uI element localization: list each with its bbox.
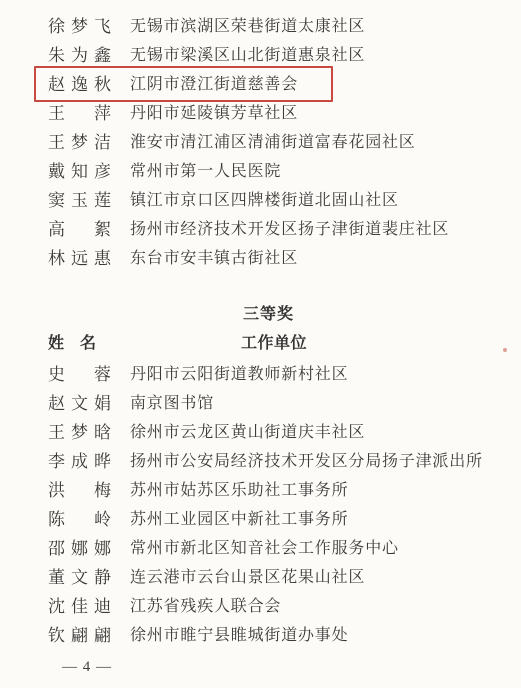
table-row: 钦翩翩徐州市睢宁县睢城街道办事处 <box>0 619 521 648</box>
table-row: 赵逸秋江阴市澄江街道慈善会 <box>0 68 521 97</box>
awardee-name: 窦玉莲 <box>48 186 130 211</box>
work-unit: 徐州市睢宁县睢城街道办事处 <box>130 622 348 645</box>
work-unit: 扬州市公安局经济技术开发区分局扬子津派出所 <box>130 448 483 471</box>
table-row: 董文静连云港市云台山景区花果山社区 <box>0 561 521 590</box>
awardee-name: 王梦洁 <box>48 128 130 153</box>
awardee-name: 钦翩翩 <box>48 621 130 646</box>
awardee-name: 徐梦飞 <box>48 12 130 37</box>
work-unit: 丹阳市云阳街道教师新村社区 <box>130 361 348 384</box>
table-row: 沈佳迪江苏省残疾人联合会 <box>0 590 521 619</box>
work-unit: 江苏省残疾人联合会 <box>130 593 281 616</box>
table-row: 高 絮扬州市经济技术开发区扬子津街道裴庄社区 <box>0 213 521 242</box>
work-unit: 扬州市经济技术开发区扬子津街道裴庄社区 <box>130 216 449 239</box>
awardee-name: 洪 梅 <box>48 476 130 501</box>
work-unit: 徐州市云龙区黄山街道庆丰社区 <box>130 419 365 442</box>
table-row: 窦玉莲镇江市京口区四牌楼街道北固山社区 <box>0 184 521 213</box>
awardee-name: 史 蓉 <box>48 360 130 385</box>
awardee-name: 林远惠 <box>48 244 130 269</box>
work-unit: 淮安市清江浦区清浦街道富春花园社区 <box>130 129 416 152</box>
table-row: 王梦晗徐州市云龙区黄山街道庆丰社区 <box>0 416 521 445</box>
awardee-name: 朱为鑫 <box>48 41 130 66</box>
table-row: 徐梦飞无锡市滨湖区荣巷街道太康社区 <box>0 10 521 39</box>
awardee-name: 董文静 <box>48 563 130 588</box>
column-header-work-unit: 工作单位 <box>241 329 307 358</box>
awardee-name: 王 萍 <box>48 99 130 124</box>
work-unit: 常州市第一人民医院 <box>130 158 281 181</box>
work-unit: 南京图书馆 <box>130 390 214 413</box>
work-unit: 连云港市云台山景区花果山社区 <box>130 564 365 587</box>
work-unit: 镇江市京口区四牌楼街道北固山社区 <box>130 187 399 210</box>
awardee-name: 赵文娟 <box>48 389 130 414</box>
table-row: 邵娜娜常州市新北区知音社会工作服务中心 <box>0 532 521 561</box>
awards-list-third-prize: 史 蓉丹阳市云阳街道教师新村社区赵文娟南京图书馆王梦晗徐州市云龙区黄山街道庆丰社… <box>0 358 521 648</box>
work-unit: 丹阳市延陵镇芳草社区 <box>130 100 298 123</box>
awardee-name: 王梦晗 <box>48 418 130 443</box>
awardee-name: 邵娜娜 <box>48 534 130 559</box>
table-row: 赵文娟南京图书馆 <box>0 387 521 416</box>
awards-list-continued: 徐梦飞无锡市滨湖区荣巷街道太康社区朱为鑫无锡市梁溪区山北街道惠泉社区赵逸秋江阴市… <box>0 10 521 271</box>
column-header-name: 姓 名 <box>48 329 96 358</box>
awardee-name: 陈 岭 <box>48 505 130 530</box>
work-unit: 苏州工业园区中新社工事务所 <box>130 506 348 529</box>
scan-artifact-dot <box>503 348 507 352</box>
table-row: 王 萍丹阳市延陵镇芳草社区 <box>0 97 521 126</box>
table-row: 朱为鑫无锡市梁溪区山北街道惠泉社区 <box>0 39 521 68</box>
table-row: 林远惠东台市安丰镇古街社区 <box>0 242 521 271</box>
work-unit: 东台市安丰镇古街社区 <box>130 245 298 268</box>
table-row: 陈 岭苏州工业园区中新社工事务所 <box>0 503 521 532</box>
awardee-name: 高 絮 <box>48 215 130 240</box>
page-number: — 4 — <box>62 653 112 682</box>
work-unit: 苏州市姑苏区乐助社工事务所 <box>130 477 348 500</box>
work-unit: 常州市新北区知音社会工作服务中心 <box>130 535 399 558</box>
table-row: 戴知彦常州市第一人民医院 <box>0 155 521 184</box>
table-row: 史 蓉丹阳市云阳街道教师新村社区 <box>0 358 521 387</box>
section-title-third-prize: 三等奖 <box>243 300 294 329</box>
document-page: 徐梦飞无锡市滨湖区荣巷街道太康社区朱为鑫无锡市梁溪区山北街道惠泉社区赵逸秋江阴市… <box>0 0 521 688</box>
table-row: 洪 梅苏州市姑苏区乐助社工事务所 <box>0 474 521 503</box>
awardee-name: 赵逸秋 <box>48 70 130 95</box>
work-unit: 无锡市滨湖区荣巷街道太康社区 <box>130 13 365 36</box>
awardee-name: 沈佳迪 <box>48 592 130 617</box>
awardee-name: 戴知彦 <box>48 157 130 182</box>
table-row: 王梦洁淮安市清江浦区清浦街道富春花园社区 <box>0 126 521 155</box>
work-unit: 无锡市梁溪区山北街道惠泉社区 <box>130 42 365 65</box>
awardee-name: 李成晔 <box>48 447 130 472</box>
table-row: 李成晔扬州市公安局经济技术开发区分局扬子津派出所 <box>0 445 521 474</box>
work-unit: 江阴市澄江街道慈善会 <box>130 71 298 94</box>
